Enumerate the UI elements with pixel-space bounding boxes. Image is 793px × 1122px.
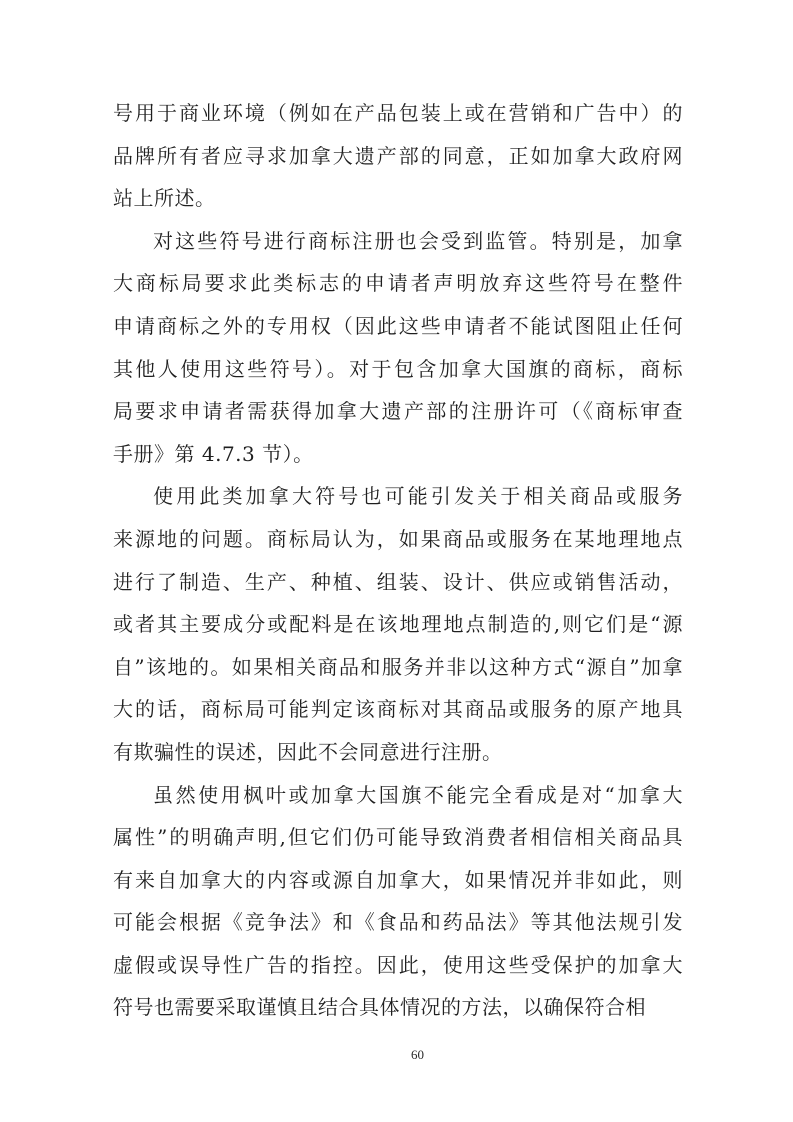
text-line: 符号也需要采取谨慎且结合具体情况的方法，以确保符合相 [113,986,683,1029]
paragraph: 对这些符号进行商标注册也会受到监管。特别是，加拿大商标局要求此类标志的申请者声明… [113,220,683,476]
text-line: 自”该地的。如果相关商品和服务并非以这种方式“源自”加拿 [113,646,683,689]
text-line: 手册》第 4.7.3 节）。 [113,433,683,476]
text-line: 有来自加拿大的内容或源自加拿大，如果情况并非如此，则 [113,859,683,902]
text-line: 或者其主要成分或配料是在该地理地点制造的,则它们是“源 [113,603,683,646]
text-line: 来源地的问题。商标局认为，如果商品或服务在某地理地点 [113,518,683,561]
text-line: 虚假或误导性广告的指控。因此，使用这些受保护的加拿大 [113,944,683,987]
paragraph: 虽然使用枫叶或加拿大国旗不能完全看成是对“加拿大属性”的明确声明,但它们仍可能导… [113,774,683,1030]
text-line: 有欺骗性的误述，因此不会同意进行注册。 [113,731,683,774]
page-number: 60 [411,1046,424,1064]
document-body: 号用于商业环境（例如在产品包装上或在营销和广告中）的品牌所有者应寻求加拿大遗产部… [113,92,683,1029]
text-line: 进行了制造、生产、种植、组装、设计、供应或销售活动， [113,561,683,604]
text-line: 站上所述。 [113,177,683,220]
text-line: 局要求申请者需获得加拿大遗产部的注册许可（《商标审查 [113,390,683,433]
text-line: 号用于商业环境（例如在产品包装上或在营销和广告中）的 [113,92,683,135]
paragraph: 号用于商业环境（例如在产品包装上或在营销和广告中）的品牌所有者应寻求加拿大遗产部… [113,92,683,220]
document-page: 号用于商业环境（例如在产品包装上或在营销和广告中）的品牌所有者应寻求加拿大遗产部… [0,0,793,1122]
text-line: 属性”的明确声明,但它们仍可能导致消费者相信相关商品具 [113,816,683,859]
page-footer: 60 [0,1044,793,1064]
text-line: 品牌所有者应寻求加拿大遗产部的同意，正如加拿大政府网 [113,135,683,178]
paragraph: 使用此类加拿大符号也可能引发关于相关商品或服务来源地的问题。商标局认为，如果商品… [113,475,683,773]
text-line: 其他人使用这些符号）。对于包含加拿大国旗的商标，商标 [113,348,683,391]
text-line: 对这些符号进行商标注册也会受到监管。特别是，加拿 [113,220,683,263]
text-line: 大的话，商标局可能判定该商标对其商品或服务的原产地具 [113,688,683,731]
text-line: 申请商标之外的专用权（因此这些申请者不能试图阻止任何 [113,305,683,348]
text-line: 可能会根据《竞争法》和《食品和药品法》等其他法规引发 [113,901,683,944]
text-line: 使用此类加拿大符号也可能引发关于相关商品或服务 [113,475,683,518]
text-line: 虽然使用枫叶或加拿大国旗不能完全看成是对“加拿大 [113,774,683,817]
text-line: 大商标局要求此类标志的申请者声明放弃这些符号在整件 [113,262,683,305]
